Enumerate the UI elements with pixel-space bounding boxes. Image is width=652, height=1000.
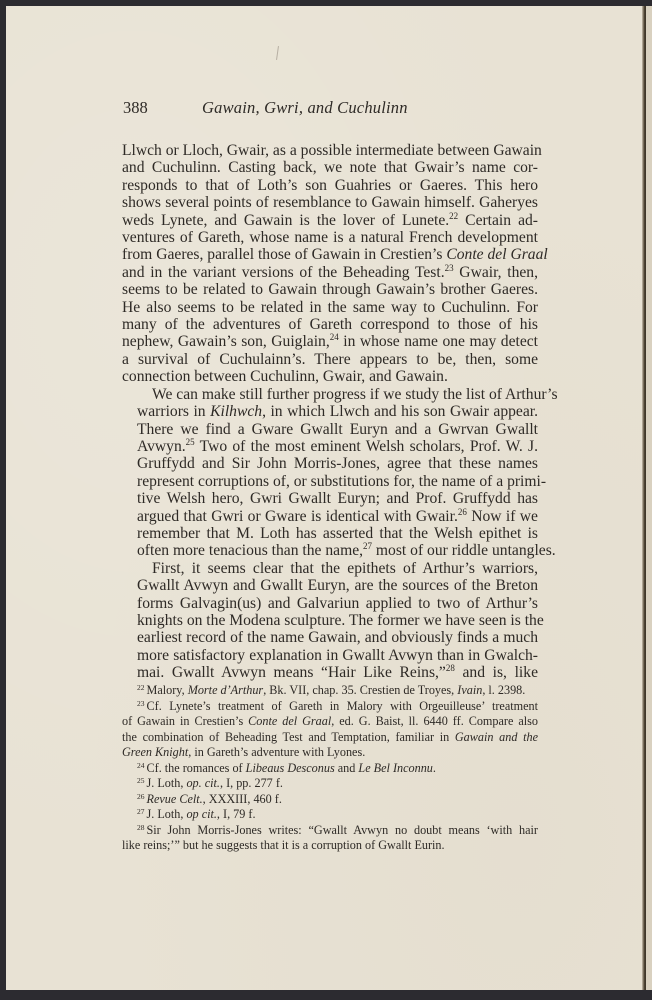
text-run: J. Loth, (147, 776, 187, 790)
footnote-line: 22Malory, Morte d’Arthur, Bk. VII, chap.… (122, 683, 538, 699)
footnote-25: 25J. Loth, op. cit., I, pp. 277 f. (122, 776, 538, 792)
scan-bottom-border (0, 990, 652, 1000)
text-run: many of the adventures of Gareth corresp… (122, 316, 538, 333)
text-run: Sir John Morris-Jones writes: “Gwallt Av… (147, 823, 539, 837)
paragraph: We can make still further progress if we… (122, 386, 538, 560)
text-run: tive Welsh hero, Gwri Gwallt Euryn; and … (137, 490, 538, 507)
text-run: Avwyn. (137, 438, 186, 455)
text-run: Cf. Lynete’s treatment of Gareth in Malo… (147, 699, 539, 713)
text-run: weds Lynete, and Gawain is the lover of … (122, 212, 449, 229)
text-run: , XXXIII, 460 f. (203, 792, 282, 806)
footnote-28: 28Sir John Morris-Jones writes: “Gwallt … (122, 823, 538, 854)
footnotes: 22Malory, Morte d’Arthur, Bk. VII, chap.… (122, 683, 538, 854)
text-run: J. Loth, (147, 807, 187, 821)
italic-title: Revue Celt. (147, 792, 203, 806)
footnote-reference: 27 (363, 541, 372, 551)
text-run: often more tenacious than the name, (137, 542, 363, 559)
text-line: seems to be related to Gawain through Ga… (122, 281, 538, 298)
text-line: a survival of Cuchulainn’s. There appear… (122, 351, 538, 368)
footnote-number: 26 (137, 792, 145, 801)
text-line: represent corruptions of, or substitutio… (122, 473, 538, 490)
text-line: There we find a Gware Gwallt Euryn and a… (122, 421, 538, 438)
text-run: , Bk. VII, chap. 35. Crestien de Troyes, (263, 683, 457, 697)
text-run: There we find a Gware Gwallt Euryn and a… (137, 421, 538, 438)
text-run: We can make still further progress if we… (152, 386, 558, 403)
footnote-number: 27 (137, 807, 145, 816)
italic-title: Libeaus Desconus (246, 761, 335, 775)
text-run: Cf. the romances of (147, 761, 246, 775)
text-run: First, it seems clear that the epithets … (152, 560, 538, 577)
text-line: He also seems to be related in the same … (122, 299, 538, 316)
text-run: knights on the Modena sculpture. The for… (137, 612, 544, 629)
italic-title: Morte d’Arthur (188, 683, 264, 697)
footnote-reference: 23 (445, 263, 454, 273)
text-run: , I, 79 f. (217, 807, 256, 821)
footnote-line: 28Sir John Morris-Jones writes: “Gwallt … (122, 823, 538, 839)
text-line: and in the variant versions of the Behea… (122, 264, 538, 281)
text-run: Two of the most eminent Welsh scholars, … (195, 438, 538, 455)
text-line: Gwallt Avwyn and Gwallt Euryn, are the s… (122, 577, 538, 594)
footnote-27: 27J. Loth, op cit., I, 79 f. (122, 807, 538, 823)
text-line: responds to that of Loth’s son Guahries … (122, 177, 538, 194)
footnote-number: 23 (137, 699, 145, 708)
text-run: Malory, (147, 683, 188, 697)
footnote-reference: 24 (330, 332, 339, 342)
text-line: First, it seems clear that the epithets … (122, 560, 538, 577)
text-line: and Cuchulinn. Casting back, we note tha… (122, 159, 538, 176)
footnote-number: 28 (137, 823, 145, 832)
text-line: earliest record of the name Gawain, and … (122, 629, 538, 646)
footnote-number: 25 (137, 776, 145, 785)
text-run: seems to be related to Gawain through Ga… (122, 281, 538, 298)
footnote-22: 22Malory, Morte d’Arthur, Bk. VII, chap.… (122, 683, 538, 699)
footnote-23: 23Cf. Lynete’s treatment of Gareth in Ma… (122, 699, 538, 761)
text-run: and Cuchulinn. Casting back, we note tha… (122, 159, 538, 176)
italic-title: Conte del Graal (248, 714, 331, 728)
text-run: a survival of Cuchulainn’s. There appear… (122, 351, 538, 368)
text-line: nephew, Gawain’s son, Guiglain,24 in who… (122, 333, 538, 350)
text-run: , I, pp. 277 f. (220, 776, 283, 790)
italic-title: Kilhwch (210, 403, 262, 420)
pencil-mark (276, 46, 279, 60)
footnote-26: 26Revue Celt., XXXIII, 460 f. (122, 792, 538, 808)
text-run: mai. Gwallt Avwyn means “Hair Like Reins… (137, 664, 446, 681)
text-run: more satisfactory explanation in Gwallt … (137, 647, 538, 664)
footnote-reference: 22 (449, 211, 458, 221)
text-line: tive Welsh hero, Gwri Gwallt Euryn; and … (122, 490, 538, 507)
page-number: 388 (123, 98, 148, 118)
text-run: argued that Gwri or Gware is identical w… (137, 508, 458, 525)
text-line: mai. Gwallt Avwyn means “Hair Like Reins… (122, 664, 538, 681)
italic-title: Ivain (457, 683, 482, 697)
text-line: warriors in Kilhwch, in which Llwch and … (122, 403, 538, 420)
footnote-24: 24Cf. the romances of Libeaus Desconus a… (122, 761, 538, 777)
italic-title: op cit. (186, 807, 216, 821)
text-run: , l. 2398. (482, 683, 525, 697)
text-line: from Gaeres, parallel those of Gawain in… (122, 246, 538, 263)
text-run: represent corruptions of, or substitutio… (137, 473, 546, 490)
text-run: warriors in (137, 403, 210, 420)
footnote-number: 24 (137, 761, 145, 770)
text-run: , in Gareth’s adventure with Lyones. (188, 745, 365, 759)
text-line: more satisfactory explanation in Gwallt … (122, 647, 538, 664)
text-line: Llwch or Lloch, Gwair, as a possible int… (122, 142, 538, 159)
text-run: the combination of Beheading Test and Te… (122, 730, 455, 744)
footnote-line: 24Cf. the romances of Libeaus Desconus a… (122, 761, 538, 777)
footnote-line: of Gawain in Crestien’s Conte del Graal,… (122, 714, 538, 730)
text-run: Gwair, then, (454, 264, 538, 281)
text-line: remember that M. Loth has asserted that … (122, 525, 538, 542)
text-run: He also seems to be related in the same … (122, 299, 538, 316)
text-run: responds to that of Loth’s son Guahries … (122, 177, 538, 194)
italic-title: Gawain and the (455, 730, 538, 744)
text-run: Gwallt Avwyn and Gwallt Euryn, are the s… (137, 577, 538, 594)
footnote-line: 27J. Loth, op cit., I, 79 f. (122, 807, 538, 823)
italic-title: Green Knight (122, 745, 188, 759)
body-text: Llwch or Lloch, Gwair, as a possible int… (122, 142, 538, 682)
italic-title: Conte del Graal (446, 246, 547, 263)
text-run: Gruffydd and Sir John Morris-Jones, agre… (137, 455, 538, 472)
text-run: ventures of Gareth, whose name is a natu… (122, 229, 538, 246)
text-run: , in which Llwch and his son Gwair appea… (262, 403, 538, 420)
italic-title: Le Bel Inconnu (358, 761, 432, 775)
text-line: Gruffydd and Sir John Morris-Jones, agre… (122, 455, 538, 472)
next-page-edge (646, 6, 652, 990)
text-run: of Gawain in Crestien’s (122, 714, 248, 728)
text-run: in whose name one may detect (339, 333, 538, 350)
footnote-line: like reins;’” but he suggests that it is… (122, 838, 538, 854)
text-run: Now if we (467, 508, 538, 525)
paragraph: First, it seems clear that the epithets … (122, 560, 538, 682)
text-line: many of the adventures of Gareth corresp… (122, 316, 538, 333)
text-run: and is, like (455, 664, 538, 681)
paragraph: Llwch or Lloch, Gwair, as a possible int… (122, 142, 538, 386)
footnote-reference: 26 (458, 507, 467, 517)
text-line: shows several points of resemblance to G… (122, 194, 538, 211)
running-title: Gawain, Gwri, and Cuchulinn (202, 98, 408, 118)
italic-title: op. cit. (186, 776, 220, 790)
footnote-number: 22 (137, 683, 145, 692)
text-run: and (335, 761, 359, 775)
text-run: from Gaeres, parallel those of Gawain in… (122, 246, 446, 263)
text-line: ventures of Gareth, whose name is a natu… (122, 229, 538, 246)
text-run: like reins;’” but he suggests that it is… (122, 838, 445, 852)
footnote-line: 26Revue Celt., XXXIII, 460 f. (122, 792, 538, 808)
text-line: forms Galvagin(us) and Galvariun applied… (122, 595, 538, 612)
footnote-line: Green Knight, in Gareth’s adventure with… (122, 745, 538, 761)
text-run: shows several points of resemblance to G… (122, 194, 538, 211)
text-run: most of our riddle untangles. (372, 542, 556, 559)
text-line: weds Lynete, and Gawain is the lover of … (122, 212, 538, 229)
text-line: Avwyn.25 Two of the most eminent Welsh s… (122, 438, 538, 455)
footnote-line: the combination of Beheading Test and Te… (122, 730, 538, 746)
text-line: connection between Cuchulinn, Gwair, and… (122, 368, 538, 385)
text-line: argued that Gwri or Gware is identical w… (122, 508, 538, 525)
text-line: We can make still further progress if we… (122, 386, 538, 403)
text-run: , ed. G. Baist, ll. 6440 ff. Compare als… (331, 714, 538, 728)
footnote-line: 25J. Loth, op. cit., I, pp. 277 f. (122, 776, 538, 792)
footnote-line: 23Cf. Lynete’s treatment of Gareth in Ma… (122, 699, 538, 715)
text-run: forms Galvagin(us) and Galvariun applied… (137, 595, 538, 612)
text-run: Llwch or Lloch, Gwair, as a possible int… (122, 142, 542, 159)
text-line: knights on the Modena sculpture. The for… (122, 612, 538, 629)
text-line: often more tenacious than the name,27 mo… (122, 542, 538, 559)
text-run: . (433, 761, 436, 775)
footnote-reference: 28 (446, 663, 455, 673)
text-run: nephew, Gawain’s son, Guiglain, (122, 333, 330, 350)
text-run: connection between Cuchulinn, Gwair, and… (122, 368, 448, 385)
text-run: and in the variant versions of the Behea… (122, 264, 445, 281)
text-run: Certain ad- (458, 212, 538, 229)
footnote-reference: 25 (186, 437, 195, 447)
text-run: remember that M. Loth has asserted that … (137, 525, 538, 542)
text-run: earliest record of the name Gawain, and … (137, 629, 538, 646)
